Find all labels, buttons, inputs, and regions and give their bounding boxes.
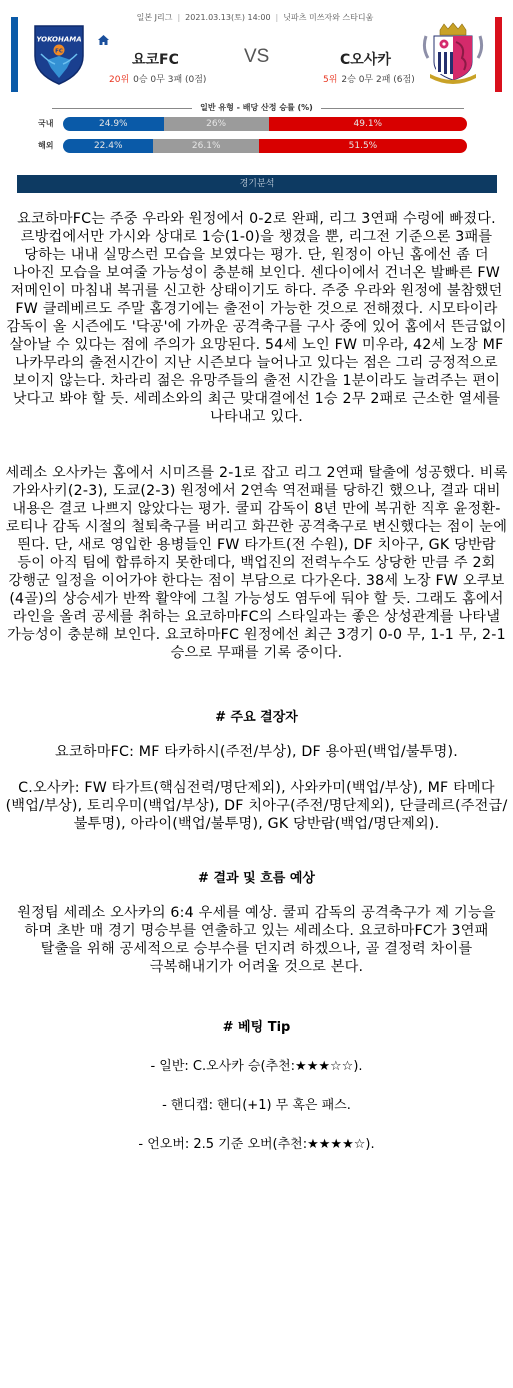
odds-row-label: 해외 [38, 140, 53, 151]
betting-tip-item: - 일반: C.오사카 승(추천:★★★☆☆). [0, 1055, 513, 1074]
match-venue: 닛파츠 미쓰자와 스타디움 [283, 13, 373, 22]
away-team-record: 5위2승 0무 2패 (6점) [323, 72, 415, 85]
odds-row-domestic: 국내 24.9% 26% 49.1% [30, 117, 470, 131]
logo-text: YOKOHAMA [36, 36, 81, 44]
vs-label: VS [244, 46, 269, 68]
away-team-name[interactable]: C오사카 [340, 49, 391, 69]
away-absentees: C.오사카: FW 타가트(핵심전력/명단제외), 사와카미(백업/부상), M… [5, 779, 508, 833]
away-team-analysis: 세레소 오사카는 홈에서 시미즈를 2-1로 잡고 리그 2연패 탈출에 성공했… [5, 464, 508, 662]
home-team-rank: 20위 [109, 75, 129, 85]
betting-tip-heading: # 베팅 Tip [0, 1016, 513, 1035]
odds-row-overseas: 해외 22.4% 26.1% 51.5% [30, 139, 470, 153]
separator: | [177, 13, 180, 22]
odds-row-label: 국내 [38, 118, 53, 129]
home-team-analysis: 요코하마FC는 주중 우라와 원정에서 0-2로 완패, 리그 3연패 수렁에 … [5, 210, 508, 426]
home-absentees: 요코하마FC: MF 타카하시(주전/부상), DF 용아핀(백업/불투명). [5, 743, 508, 761]
away-win-segment: 51.5% [259, 139, 467, 153]
absentees-heading: # 주요 결장자 [0, 706, 513, 725]
home-win-segment: 24.9% [63, 117, 164, 131]
section-title-bar: 경기분석 [17, 175, 497, 193]
home-win-segment: 22.4% [63, 139, 153, 153]
away-team-rank: 5위 [323, 75, 337, 85]
yokohama-fc-logo: YOKOHAMA FC [33, 22, 85, 86]
article-body: 요코하마FC는 주중 우라와 원정에서 0-2로 완패, 리그 3연패 수렁에 … [0, 210, 513, 1152]
home-color-bar [11, 17, 18, 92]
away-win-segment: 49.1% [269, 117, 467, 131]
betting-tip-item: - 언오버: 2.5 기준 오버(추천:★★★★☆). [0, 1133, 513, 1152]
league-name: 일본 J리그 [137, 13, 173, 22]
prediction-text: 원정팀 세레소 오사카의 6:4 우세를 예상. 쿨피 감독의 공격축구가 제 … [5, 904, 508, 976]
home-team-standing: 0승 0무 3패 (0점) [133, 75, 206, 85]
odds-bar: 22.4% 26.1% 51.5% [63, 139, 467, 153]
match-datetime: 2021.03.13(토) 14:00 [185, 13, 270, 22]
home-team-name[interactable]: 요코FC [132, 49, 179, 69]
odds-title: 일반 유형 - 배당 산정 승률 (%) [0, 102, 513, 113]
away-color-bar [495, 17, 502, 92]
home-team-record: 20위0승 0무 3패 (0점) [109, 72, 206, 85]
away-team-standing: 2승 0무 2패 (6점) [341, 75, 414, 85]
match-header: 일본 J리그|2021.03.13(토) 14:00|닛파츠 미쓰자와 스타디움… [0, 0, 513, 100]
odds-title-text: 일반 유형 - 배당 산정 승률 (%) [192, 103, 321, 112]
svg-text:FC: FC [55, 49, 63, 55]
separator: | [276, 13, 279, 22]
match-info: 일본 J리그|2021.03.13(토) 14:00|닛파츠 미쓰자와 스타디움 [130, 12, 380, 23]
betting-tip-item: - 핸디캡: 핸디(+1) 무 혹은 패스. [0, 1094, 513, 1113]
prediction-heading: # 결과 및 흐름 예상 [0, 867, 513, 886]
cerezo-osaka-logo [422, 22, 484, 86]
odds-bar: 24.9% 26% 49.1% [63, 117, 467, 131]
draw-segment: 26% [164, 117, 269, 131]
home-icon[interactable] [98, 35, 109, 45]
odds-panel: 일반 유형 - 배당 산정 승률 (%) 국내 24.9% 26% 49.1% … [0, 95, 513, 160]
draw-segment: 26.1% [153, 139, 258, 153]
